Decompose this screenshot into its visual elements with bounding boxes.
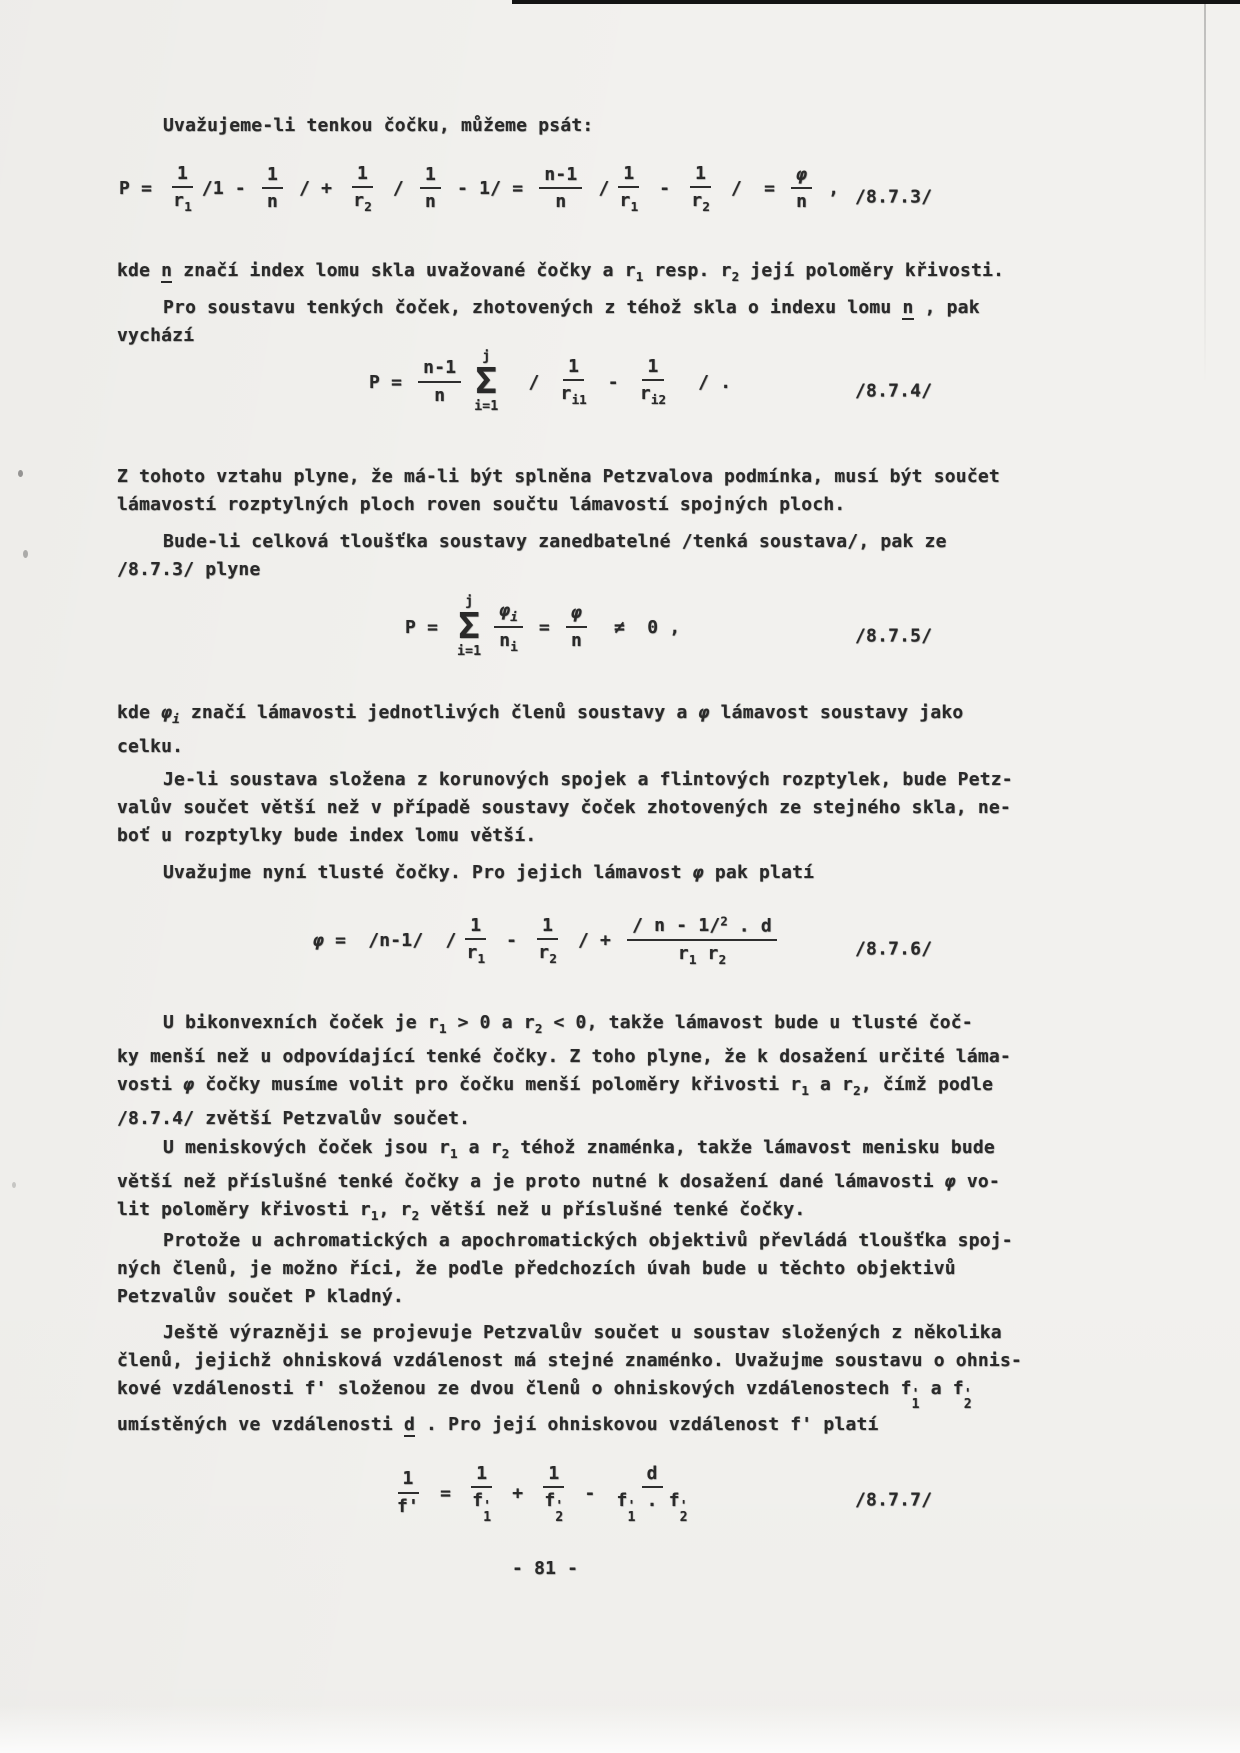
fraction: 1f'	[392, 1468, 424, 1518]
equation: P = jΣi=1 φini = φn ≠ 0 ,	[405, 594, 680, 661]
formula-8-7-3: P = 1r1/1 - 1n / + 1r2 / 1n - 1/ = n-1n …	[117, 150, 1185, 228]
text-line: Pro soustavu tenkých čoček, zhotovených …	[117, 294, 1185, 322]
text-line: členů, jejichž ohnisková vzdálenost má s…	[117, 1347, 1185, 1375]
ink-speck	[18, 470, 23, 477]
text-line: kové vzdálenosti f' složenou ze dvou čle…	[117, 1375, 1185, 1411]
text-line: Uvažujeme-li tenkou čočku, můžeme psát:	[117, 112, 1185, 140]
text-line: U bikonvexních čoček je r1 > 0 a r2 < 0,…	[117, 1009, 1185, 1043]
paragraph-kde-phi: kde φi značí lámavosti jednotlivých člen…	[117, 699, 1185, 761]
text-line: ky menší než u odpovídající tenké čočky.…	[117, 1043, 1185, 1071]
fraction: 1r2	[533, 915, 562, 967]
equation-number: /8.7.4/	[855, 381, 932, 402]
paragraph-bude-li: Bude-li celková tloušťka soustavy zanedb…	[117, 528, 1185, 584]
page-number: - 81 -	[512, 1558, 578, 1579]
equation-number: /8.7.7/	[855, 1490, 932, 1511]
formula-8-7-7: 1f' = 1f'1 + 1f'2 - df'1 . f'2 /8.7.7/	[117, 1456, 1185, 1530]
fraction: df'1 . f'2	[612, 1463, 693, 1523]
fraction: 1r1	[168, 163, 197, 215]
equation: 1f' = 1f'1 + 1f'2 - df'1 . f'2	[387, 1463, 698, 1523]
paragraph-uvazujme: Uvažujme nyní tlusté čočky. Pro jejich l…	[117, 859, 1185, 887]
text-line: Uvažujme nyní tlusté čočky. Pro jejich l…	[117, 859, 1185, 887]
fraction: 1n	[262, 164, 283, 214]
text-line: Ještě výrazněji se projevuje Petzvalův s…	[117, 1319, 1185, 1347]
fraction: 1r2	[348, 163, 377, 215]
fraction: 1f'1	[467, 1463, 496, 1523]
fraction: 1ri2	[635, 356, 671, 408]
fraction: 1n	[420, 164, 441, 214]
text-line: Petzvalův součet P kladný.	[117, 1283, 1185, 1311]
text-line: U meniskových čoček jsou r1 a r2 téhož z…	[117, 1134, 1185, 1168]
scan-edge-artifact-bottom	[0, 1705, 1240, 1753]
text-line: /8.7.4/ zvětší Petzvalův součet.	[117, 1105, 1185, 1133]
fraction: φn	[791, 164, 812, 214]
equation-number: /8.7.6/	[855, 938, 932, 959]
text-line: Bude-li celková tloušťka soustavy zanedb…	[117, 528, 1185, 556]
formula-8-7-5: P = jΣi=1 φini = φn ≠ 0 , /8.7.5/	[117, 580, 1185, 674]
formula-8-7-6: φ = /n-1/ /1r1 - 1r2 / + / n - 1/2 . dr1…	[117, 902, 1185, 980]
text-line: ných členů, je možno říci, že podle před…	[117, 1255, 1185, 1283]
text-line: lámavostí rozptylných ploch roven součtu…	[117, 491, 1185, 519]
scanned-document-page: Uvažujeme-li tenkou čočku, můžeme psát: …	[0, 0, 1240, 1753]
text-line: valův součet větší než v případě soustav…	[117, 794, 1185, 822]
equation-number: /8.7.5/	[855, 626, 932, 647]
text-line: umístěných ve vzdálenosti d . Pro její o…	[117, 1411, 1185, 1439]
paragraph-intro: Uvažujeme-li tenkou čočku, můžeme psát:	[117, 112, 1185, 140]
fraction: φn	[566, 602, 587, 652]
formula-8-7-4: P = n-1njΣi=1 / 1ri1 - 1ri2 / . /8.7.4/	[117, 336, 1185, 428]
paragraph-jeste: Ještě výrazněji se projevuje Petzvalův s…	[117, 1319, 1185, 1439]
text-line: Z tohoto vztahu plyne, že má-li být spln…	[117, 463, 1185, 491]
fraction: φini	[494, 600, 523, 655]
fraction: n-1n	[418, 357, 461, 407]
summation-symbol: jΣi=1	[474, 349, 498, 416]
paragraph-z-tohoto: Z tohoto vztahu plyne, že má-li být spln…	[117, 463, 1185, 519]
text-line: větší než příslušné tenké čočky a je pro…	[117, 1168, 1185, 1196]
scan-edge-artifact-right	[1204, 4, 1206, 384]
fraction: 1r1	[462, 915, 491, 967]
text-line: boť u rozptylky bude index lomu větší.	[117, 822, 1185, 850]
text-line: kde φi značí lámavosti jednotlivých člen…	[117, 699, 1185, 733]
ink-speck	[23, 550, 28, 558]
paragraph-protoze: Protože u achromatických a apochromatick…	[117, 1227, 1185, 1311]
paragraph-je-li: Je-li soustava složena z korunových spoj…	[117, 766, 1185, 850]
fraction: / n - 1/2 . dr1 r2	[627, 915, 777, 968]
scan-edge-artifact-top	[512, 0, 1240, 4]
text-line: celku.	[117, 733, 1185, 761]
fraction: 1f'2	[539, 1463, 568, 1523]
paragraph-meniskove: U meniskových čoček jsou r1 a r2 téhož z…	[117, 1134, 1185, 1230]
text-line: vosti φ čočky musíme volit pro čočku men…	[117, 1071, 1185, 1105]
text-line: lit poloměry křivosti r1, r2 větší než u…	[117, 1196, 1185, 1230]
equation: P = 1r1/1 - 1n / + 1r2 / 1n - 1/ = n-1n …	[119, 163, 839, 215]
equation: φ = /n-1/ /1r1 - 1r2 / + / n - 1/2 . dr1…	[313, 915, 782, 968]
equation-number: /8.7.3/	[855, 186, 932, 207]
ink-speck	[12, 1182, 16, 1188]
text-line: Protože u achromatických a apochromatick…	[117, 1227, 1185, 1255]
text-line: Je-li soustava složena z korunových spoj…	[117, 766, 1185, 794]
equation: P = n-1njΣi=1 / 1ri1 - 1ri2 / .	[369, 349, 731, 416]
text-line: kde n značí index lomu skla uvažované čo…	[117, 257, 1185, 291]
paragraph-bikonvexni: U bikonvexních čoček je r1 > 0 a r2 < 0,…	[117, 1009, 1185, 1133]
fraction: 1ri1	[556, 356, 592, 408]
fraction: n-1n	[539, 164, 582, 214]
fraction: 1r2	[686, 163, 715, 215]
paragraph-kde-n: kde n značí index lomu skla uvažované čo…	[117, 257, 1185, 291]
summation-symbol: jΣi=1	[457, 594, 481, 661]
fraction: 1r1	[615, 163, 644, 215]
